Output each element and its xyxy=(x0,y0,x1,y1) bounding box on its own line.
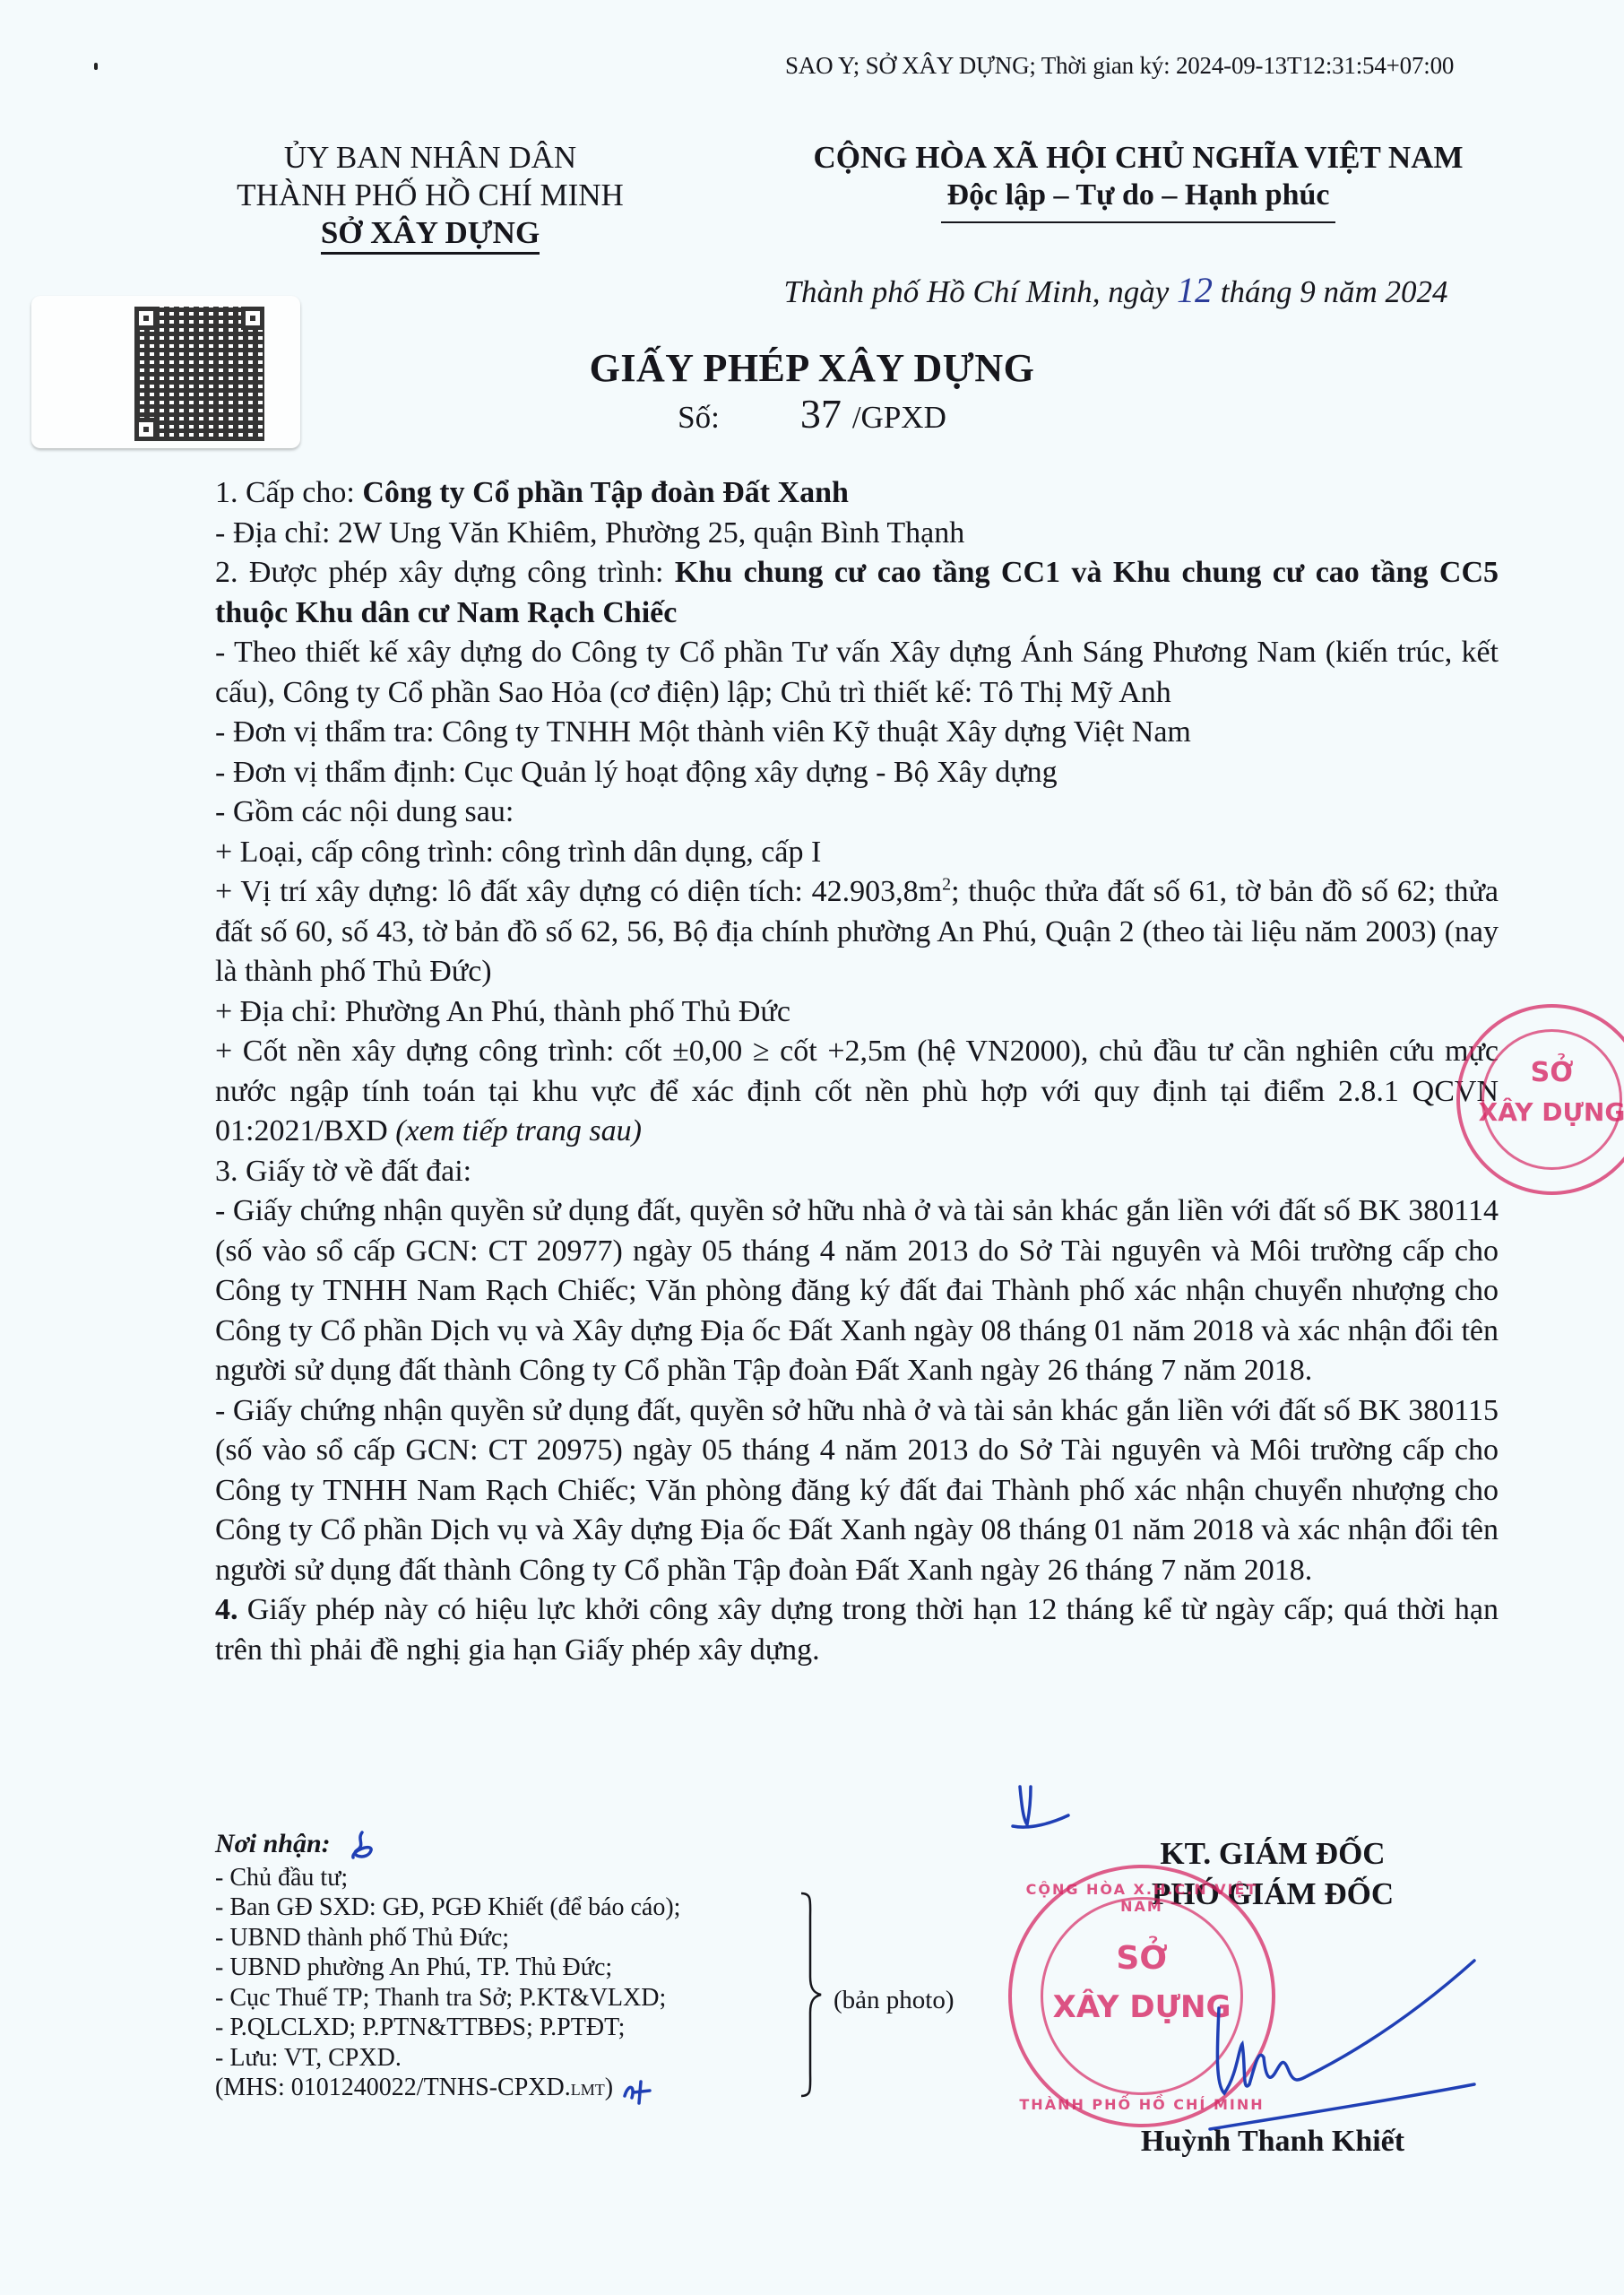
issuer-header: ỦY BAN NHÂN DÂN THÀNH PHỐ HỒ CHÍ MINH SỞ… xyxy=(197,139,663,252)
recipients-heading-text: Nơi nhận: xyxy=(215,1829,331,1858)
number-suffix: /GPXD xyxy=(852,400,946,435)
digital-signature-stamp: SAO Y; SỞ XÂY DỰNG; Thời gian ký: 2024-0… xyxy=(785,52,1454,80)
grantee-name: Công ty Cổ phần Tập đoàn Đất Xanh xyxy=(362,476,849,509)
number-value: 37 xyxy=(800,391,842,437)
date-line: Thành phố Hồ Chí Minh, ngày 12 tháng 9 n… xyxy=(735,269,1497,311)
section-3-label: 3. Giấy tờ về đất đai: xyxy=(215,1152,1499,1192)
document-number: Số:37/GPXD xyxy=(0,390,1624,437)
project-location: + Vị trí xây dựng: lô đất xây dựng có di… xyxy=(215,872,1499,992)
issuer-line-1: ỦY BAN NHÂN DÂN xyxy=(197,139,663,177)
signatory-name: Huỳnh Thanh Khiết xyxy=(1067,2125,1479,2159)
recipient-item: - UBND phường An Phú, TP. Thủ Đức; xyxy=(215,1953,986,1983)
recipients-heading: Nơi nhận: xyxy=(215,1829,986,1863)
section-1: 1. Cấp cho: Công ty Cổ phần Tập đoàn Đất… xyxy=(215,473,1499,514)
section-2: 2. Được phép xây dựng công trình: Khu ch… xyxy=(215,553,1499,633)
project-type: + Loại, cấp công trình: công trình dân d… xyxy=(215,833,1499,873)
qr-finder-icon xyxy=(134,307,158,330)
file-code-sub: LMT xyxy=(571,2081,605,2099)
recipient-item: - Lưu: VT, CPXD. xyxy=(215,2043,986,2074)
handwritten-mark-icon xyxy=(344,1831,380,1863)
file-code: (MHS: 0101240022/TNHS-CPXD.LMT) xyxy=(215,2073,986,2106)
recipients-block: Nơi nhận: - Chủ đầu tư; - Ban GĐ SXD: GĐ… xyxy=(215,1829,986,2106)
motto-underline xyxy=(941,221,1335,223)
file-code-end: ) xyxy=(605,2074,613,2101)
brace-icon xyxy=(798,1892,825,2098)
section-1-label: 1. Cấp cho: xyxy=(215,476,362,509)
project-address: + Địa chỉ: Phường An Phú, thành phố Thủ … xyxy=(215,992,1499,1033)
date-day-handwritten: 12 xyxy=(1177,270,1213,310)
national-title: CỘNG HÒA XÃ HỘI CHỦ NGHĨA VIỆT NAM xyxy=(771,139,1506,177)
permit-body: 1. Cấp cho: Công ty Cổ phần Tập đoàn Đất… xyxy=(215,473,1499,1670)
continued-note: (xem tiếp trang sau) xyxy=(395,1114,642,1147)
land-certificate-1: - Giấy chứng nhận quyền sử dụng đất, quy… xyxy=(215,1191,1499,1391)
recipient-item: - Chủ đầu tư; xyxy=(215,1863,986,1893)
handwritten-initials-icon xyxy=(619,2074,655,2105)
signature-icon xyxy=(1183,1959,1488,2147)
date-suffix: tháng 9 năm 2024 xyxy=(1213,274,1448,309)
area-superscript: 2 xyxy=(942,875,951,895)
appraisal-unit: - Đơn vị thẩm định: Cục Quản lý hoạt độn… xyxy=(215,753,1499,793)
design-info: - Theo thiết kế xây dựng do Công ty Cổ p… xyxy=(215,633,1499,713)
foundation-level: + Cốt nền xây dựng công trình: cốt ±0,00… xyxy=(215,1032,1499,1152)
scan-speck xyxy=(94,63,98,70)
document-title: GIẤY PHÉP XÂY DỰNG xyxy=(0,345,1624,391)
location-text: + Vị trí xây dựng: lô đất xây dựng có di… xyxy=(215,875,942,908)
recipient-item: - UBND thành phố Thủ Đức; xyxy=(215,1923,986,1953)
section-4-label: 4. xyxy=(215,1593,238,1626)
section-2-label: 2. Được phép xây dựng công trình: xyxy=(215,556,675,589)
national-header: CỘNG HÒA XÃ HỘI CHỦ NGHĨA VIỆT NAM Độc l… xyxy=(771,139,1506,223)
validity-text: Giấy phép này có hiệu lực khởi công xây … xyxy=(215,1593,1499,1667)
grantee-address: - Địa chỉ: 2W Ung Văn Khiêm, Phường 25, … xyxy=(215,514,1499,554)
qr-finder-icon xyxy=(241,307,264,330)
handwritten-initial-mark-icon xyxy=(1004,1780,1075,1833)
number-label: Số: xyxy=(678,400,720,435)
seal-center-top: SỞ xyxy=(1460,1057,1624,1088)
contents-heading: - Gồm các nội dung sau: xyxy=(215,792,1499,833)
file-code-text: (MHS: 0101240022/TNHS-CPXD. xyxy=(215,2074,571,2101)
date-prefix: Thành phố Hồ Chí Minh, ngày xyxy=(784,274,1177,309)
issuer-department: SỞ XÂY DỰNG xyxy=(321,215,540,255)
national-motto: Độc lập – Tự do – Hạnh phúc xyxy=(771,177,1506,214)
section-4: 4. Giấy phép này có hiệu lực khởi công x… xyxy=(215,1590,1499,1670)
land-certificate-2: - Giấy chứng nhận quyền sử dụng đất, quy… xyxy=(215,1391,1499,1591)
recipient-item: - P.QLCLXD; P.PTN&TTBĐS; P.PTĐT; xyxy=(215,2013,986,2043)
seal-ring-top: CỘNG HÒA X.H.C.N VIỆT NAM xyxy=(1012,1881,1272,1915)
photo-copy-note: (bản photo) xyxy=(834,1986,955,2015)
recipient-item: - Ban GĐ SXD: GĐ, PGĐ Khiết (để báo cáo)… xyxy=(215,1892,986,1923)
issuer-line-2: THÀNH PHỐ HỒ CHÍ MINH xyxy=(197,177,663,214)
seal-center-bottom: XÂY DỰNG xyxy=(1460,1097,1624,1127)
review-unit: - Đơn vị thẩm tra: Công ty TNHH Một thàn… xyxy=(215,713,1499,753)
